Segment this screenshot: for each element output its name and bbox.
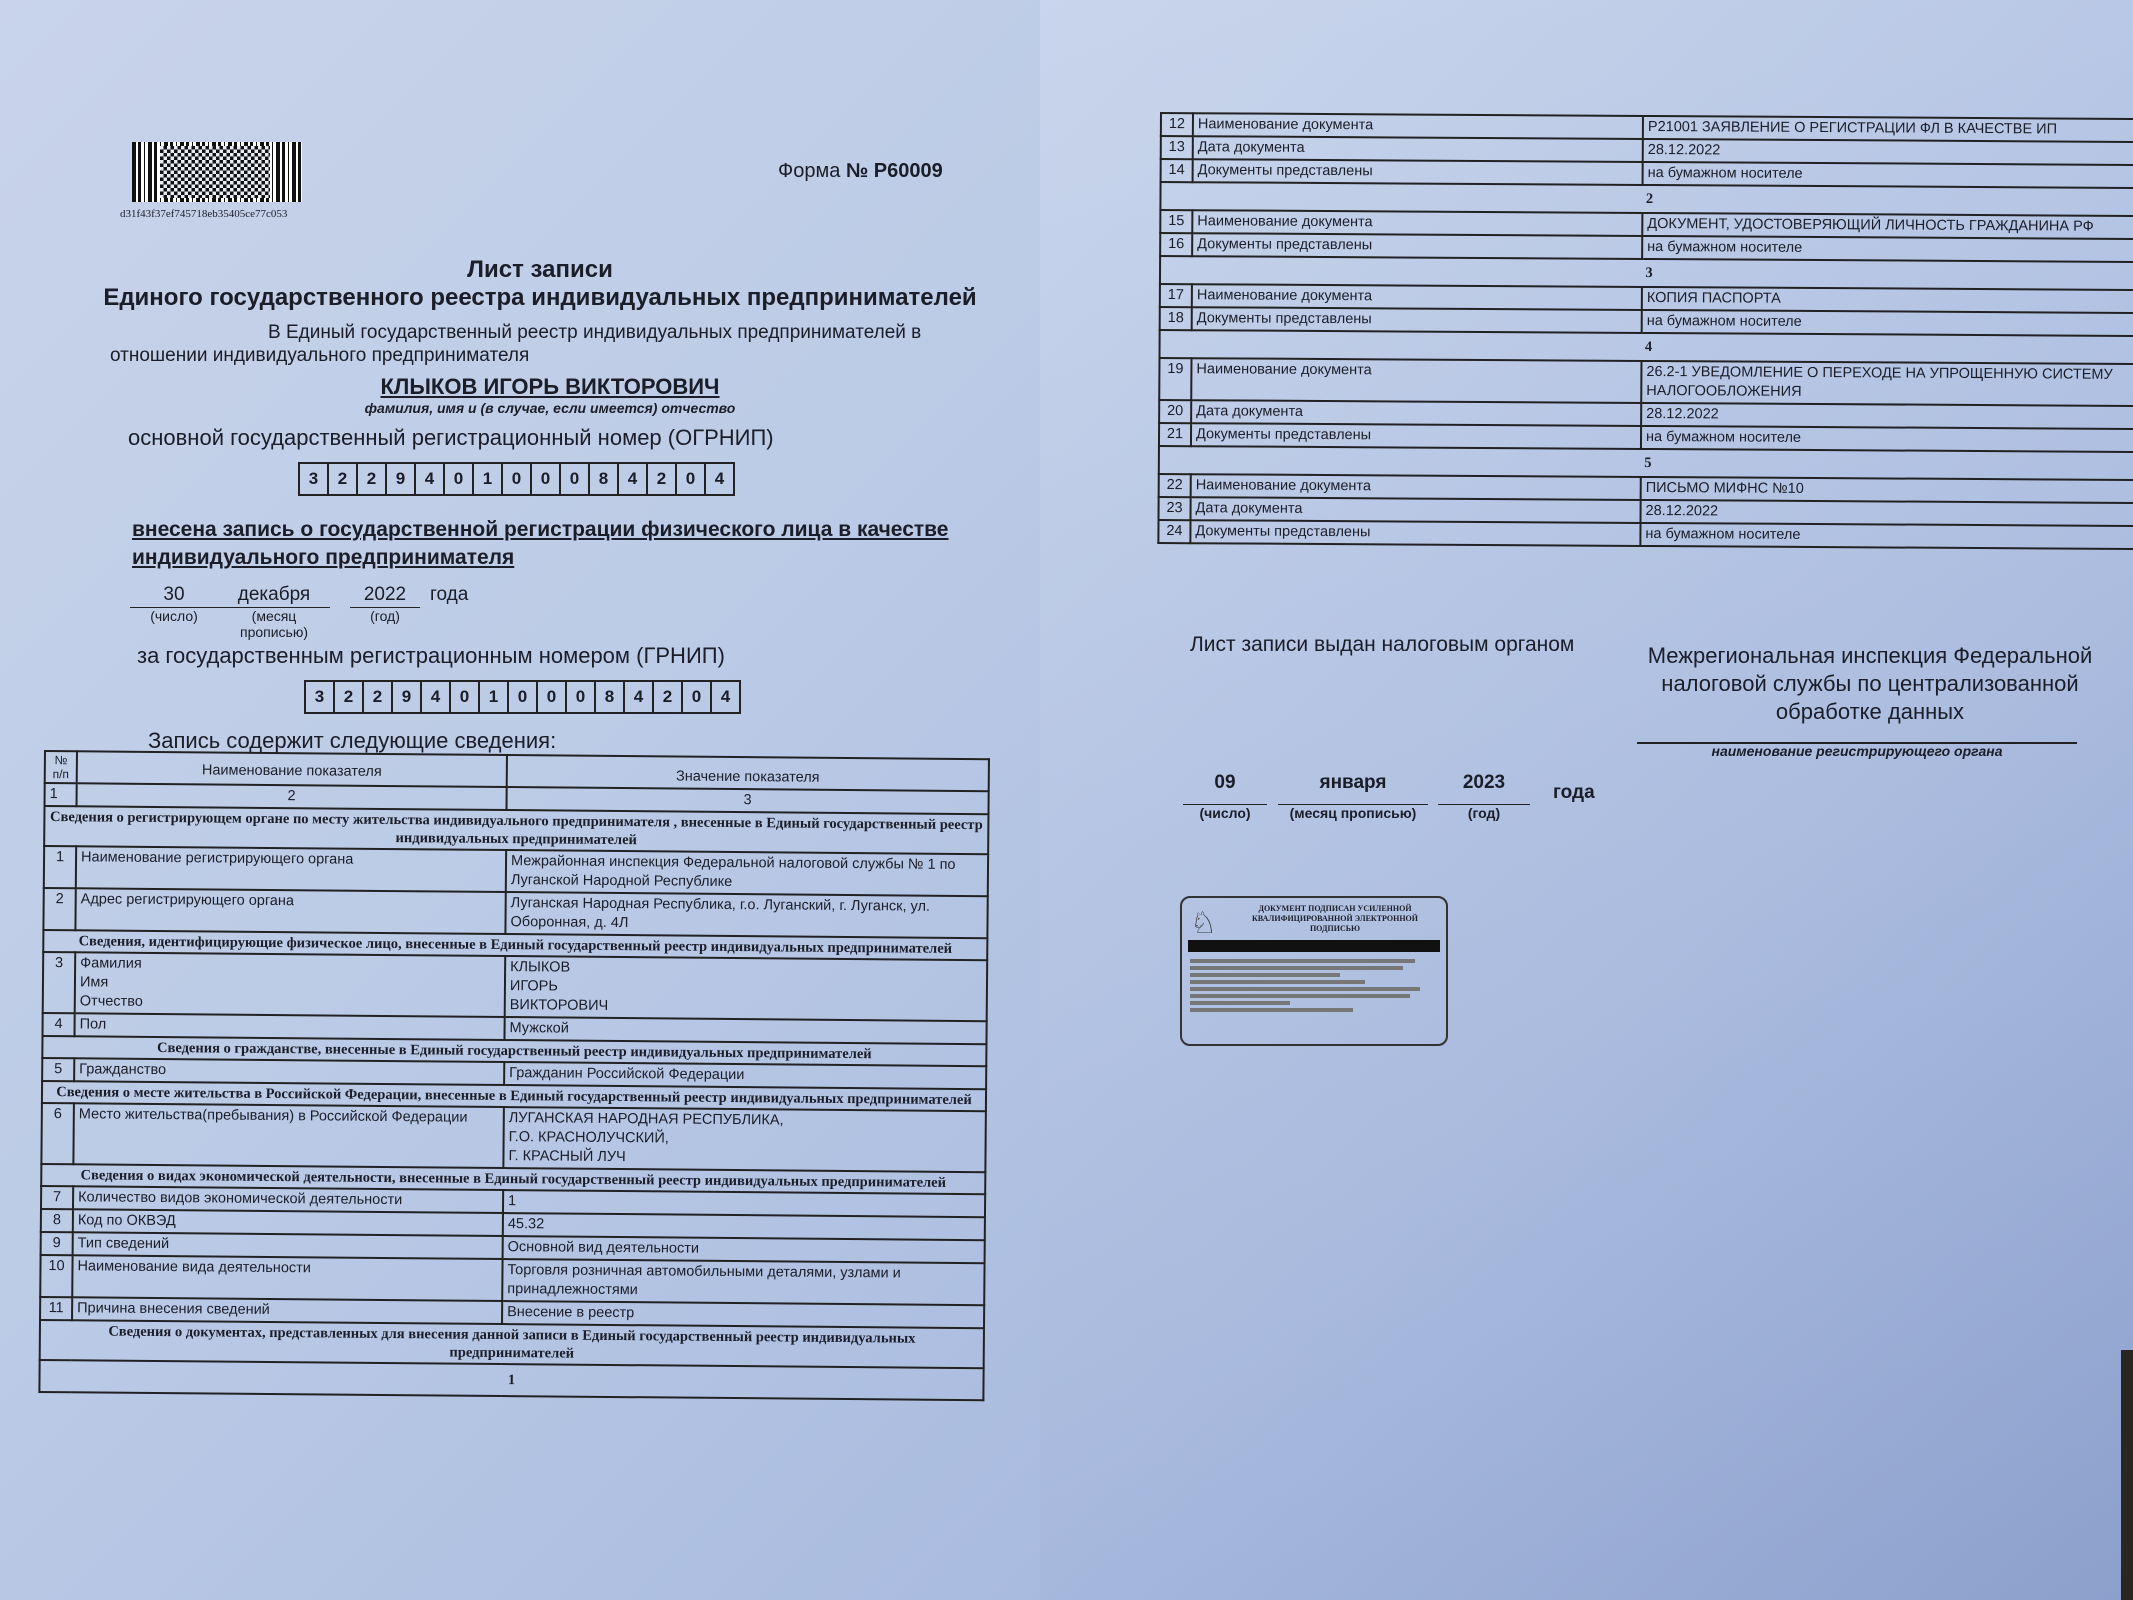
issuer-caption: наименование регистрирующего органа [1637, 743, 2077, 759]
table-row: 19Наименование документа26.2-1 УВЕДОМЛЕН… [1159, 358, 2133, 406]
digit-cell: 0 [567, 682, 596, 712]
coat-of-arms-icon: ♘ [1190, 906, 1217, 941]
digit-cell: 2 [329, 464, 358, 494]
issue-date-month: января [1278, 772, 1428, 805]
digit-cell: 0 [538, 682, 567, 712]
digit-cell: 9 [387, 464, 416, 494]
issue-date-suffix: года [1553, 782, 1595, 804]
issue-date-year: 2023 [1438, 772, 1530, 805]
document-group-1: 1 [39, 1360, 983, 1400]
digit-cell: 1 [480, 682, 509, 712]
digit-cell: 4 [416, 464, 445, 494]
left-page: d31f43f37ef745718eb35405ce77c053 Форма №… [0, 0, 1040, 1600]
form-number: Форма № Р60009 [778, 160, 943, 183]
table-row: 6 Место жительства(пребывания) в Российс… [41, 1103, 985, 1172]
issue-date-day: 09 [1183, 772, 1267, 805]
grnip-digits: 322940100084204 [304, 680, 741, 714]
digit-cell: 0 [509, 682, 538, 712]
grnip-label: за государственным регистрационным номер… [137, 643, 725, 669]
document-subtitle: Единого государственного реестра индивид… [0, 284, 1080, 312]
digit-cell: 0 [445, 464, 474, 494]
digit-cell: 0 [532, 464, 561, 494]
digit-cell: 4 [619, 464, 648, 494]
ogrnip-digits: 322940100084204 [298, 462, 735, 496]
digit-cell: 4 [625, 682, 654, 712]
digit-cell: 8 [596, 682, 625, 712]
digit-cell: 0 [451, 682, 480, 712]
barcode-caption: d31f43f37ef745718eb35405ce77c053 [120, 208, 287, 220]
issued-by-label: Лист записи выдан налоговым органом [1190, 633, 1574, 657]
page-edge [2121, 1350, 2133, 1600]
document-title: Лист записи [0, 256, 1080, 284]
digit-cell: 3 [300, 464, 329, 494]
registry-table-part2: 12Наименование документаР21001 ЗАЯВЛЕНИЕ… [1157, 112, 2133, 550]
digit-cell: 3 [306, 682, 335, 712]
digit-cell: 4 [422, 682, 451, 712]
stamp-heading: ДОКУМЕНТ ПОДПИСАН УСИЛЕННОЙ КВАЛИФИЦИРОВ… [1230, 904, 1440, 934]
stamp-details [1190, 956, 1440, 1015]
table-row: 3 ФамилияИмяОтчество КЛЫКОВИГОРЬВИКТОРОВ… [43, 952, 987, 1021]
digit-cell: 1 [474, 464, 503, 494]
entry-date-day: 30 [130, 584, 218, 608]
entry-date-year: 2022 [350, 584, 420, 608]
entrepreneur-full-name: КЛЫКОВ ИГОРЬ ВИКТОРОВИЧ [0, 374, 1100, 400]
digit-cell: 2 [654, 682, 683, 712]
entry-date-month: декабря [218, 584, 330, 608]
digit-cell: 2 [364, 682, 393, 712]
digit-cell: 8 [590, 464, 619, 494]
digit-cell: 2 [358, 464, 387, 494]
barcode-icon [132, 142, 302, 202]
issuing-authority: Межрегиональная инспекция Федеральной на… [1640, 642, 2100, 726]
digit-cell: 2 [648, 464, 677, 494]
intro-text-line1: В Единый государственный реестр индивиду… [268, 322, 921, 344]
digit-cell: 0 [503, 464, 532, 494]
digit-cell: 0 [561, 464, 590, 494]
digit-cell: 4 [712, 682, 739, 712]
ogrnip-label: основной государственный регистрационный… [128, 425, 774, 451]
electronic-signature-stamp: ♘ ДОКУМЕНТ ПОДПИСАН УСИЛЕННОЙ КВАЛИФИЦИР… [1180, 896, 1448, 1046]
digit-cell: 9 [393, 682, 422, 712]
stamp-bar [1188, 940, 1440, 952]
digit-cell: 4 [706, 464, 733, 494]
digit-cell: 0 [683, 682, 712, 712]
entry-title: внесена запись о государственной регистр… [132, 516, 952, 572]
digit-cell: 0 [677, 464, 706, 494]
table-row: 24Документы представленына бумажном носи… [1158, 520, 2133, 549]
registry-table-part1: № п/п Наименование показателя Значение п… [38, 750, 990, 1401]
entry-date-suffix: года [430, 584, 468, 606]
full-name-caption: фамилия, имя и (в случае, если имеется) … [0, 400, 1100, 416]
digit-cell: 2 [335, 682, 364, 712]
intro-text-line2: отношении индивидуального предпринимател… [110, 345, 529, 367]
contains-label: Запись содержит следующие сведения: [148, 728, 556, 754]
